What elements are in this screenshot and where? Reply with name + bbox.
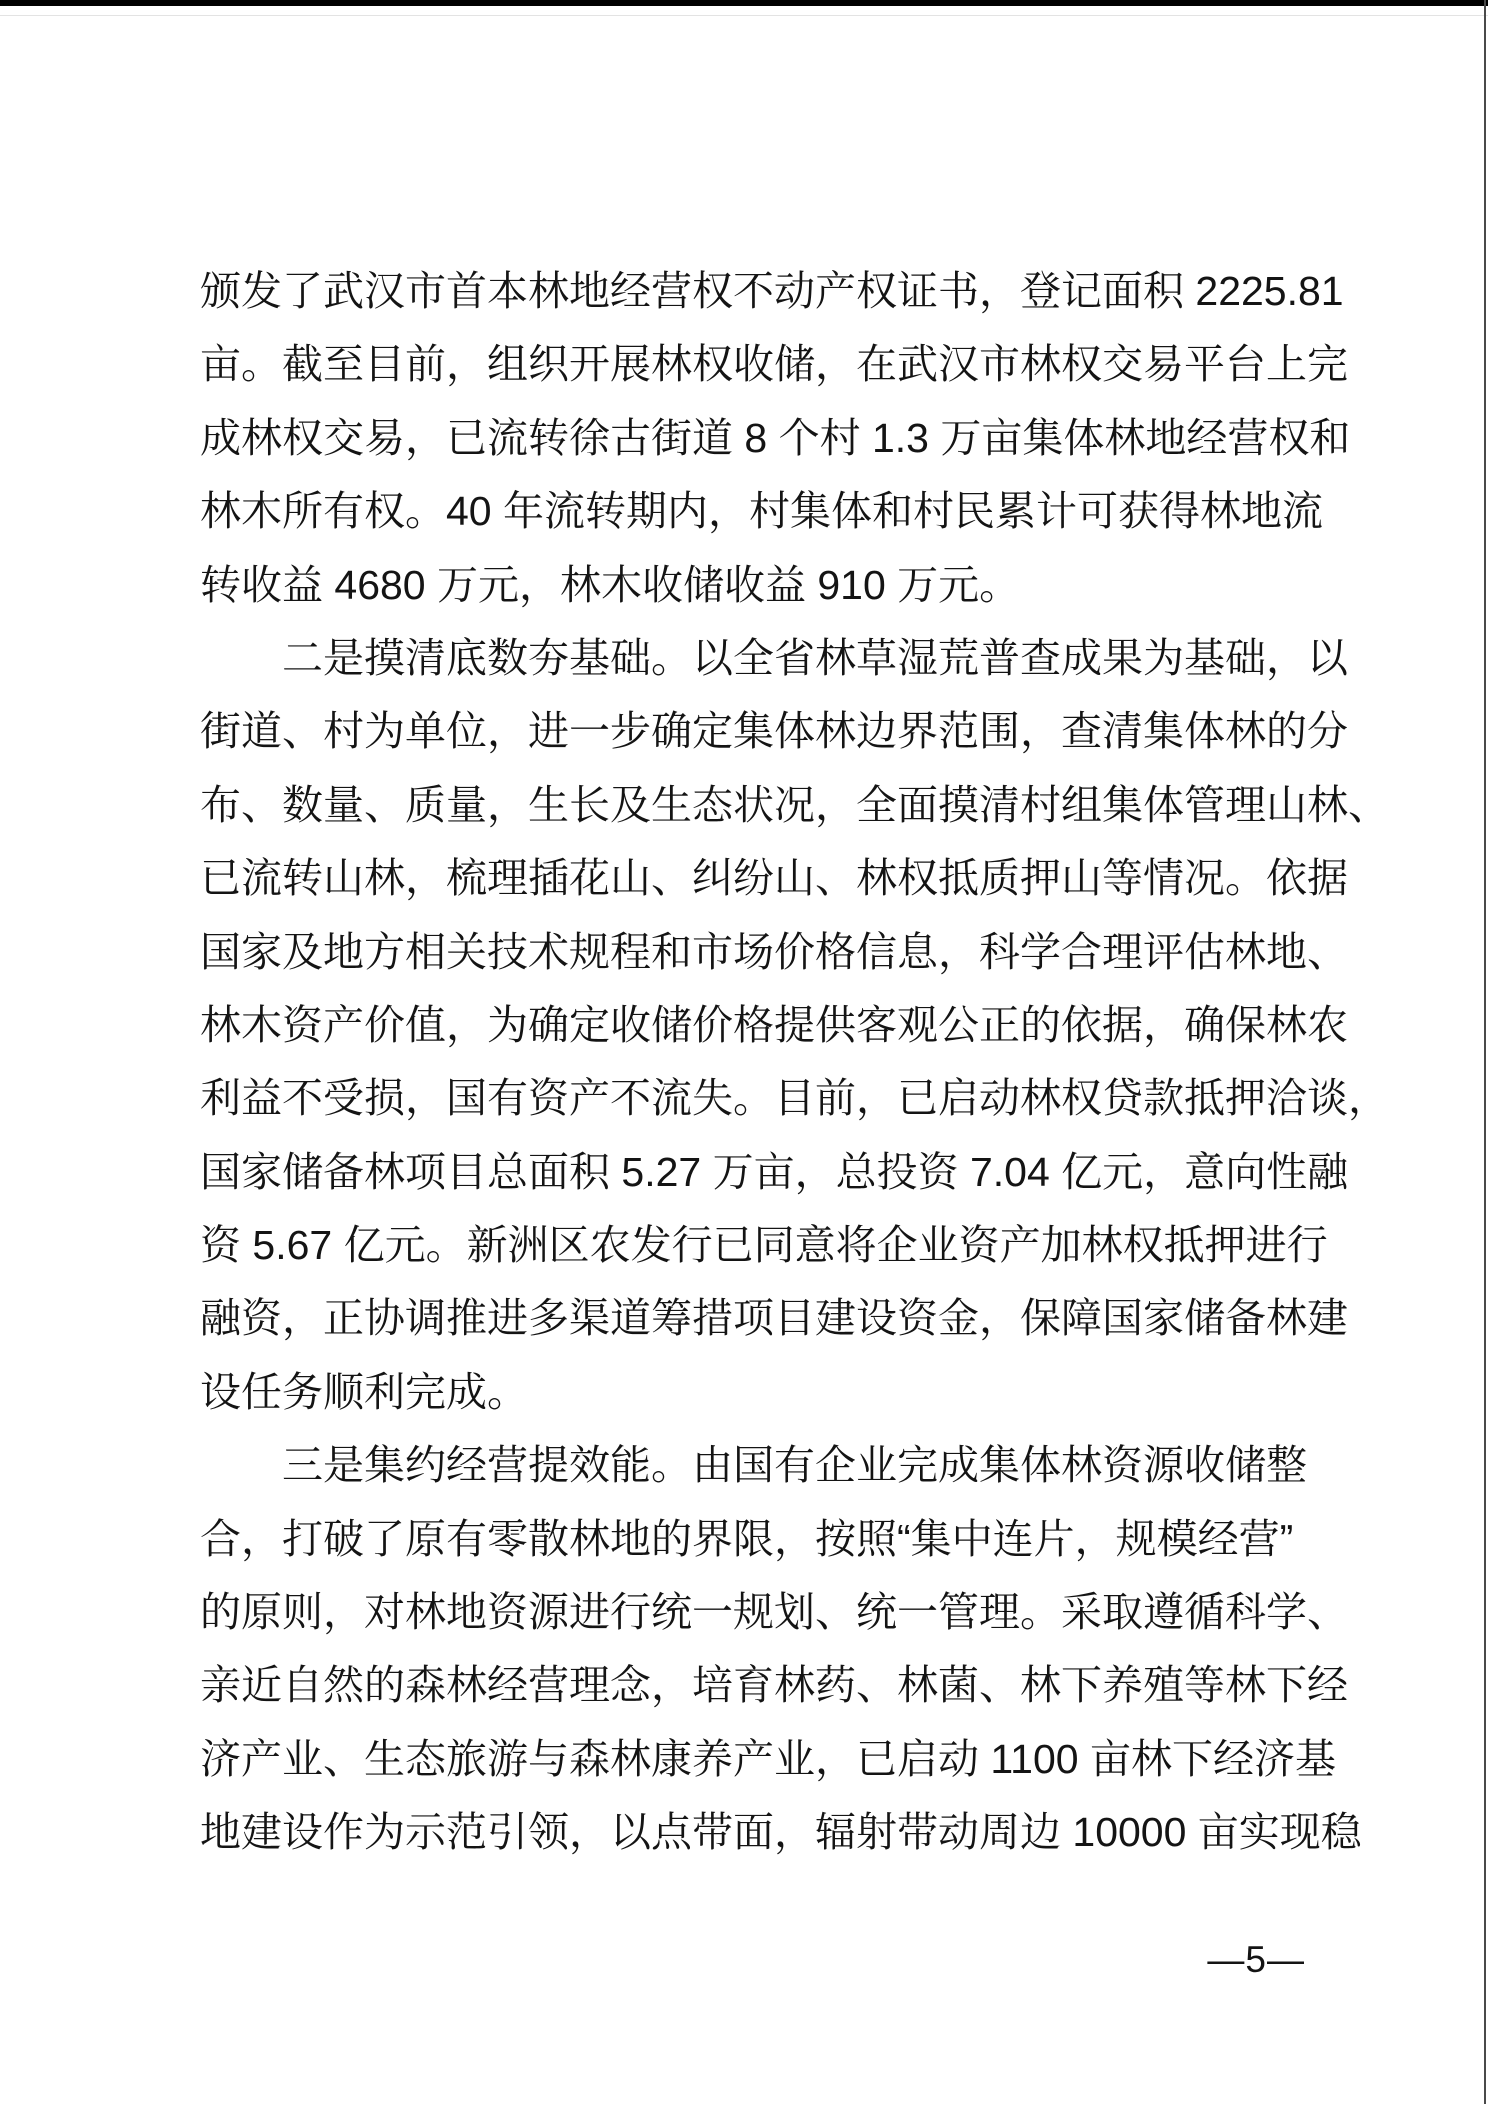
paragraph-second-point: 二是摸清底数夯基础。以全省林草湿荒普查成果为基础，以 街道、村为单位，进一步确定… (200, 622, 1360, 1429)
text-line: 亩。截至目前，组织开展林权收储，在武汉市林权交易平台上完 (200, 328, 1360, 401)
text-line: 国家储备林项目总面积 5.27 万亩，总投资 7.04 亿元，意向性融 (200, 1136, 1360, 1209)
text-line: 融资，正协调推进多渠道筹措项目建设资金，保障国家储备林建 (200, 1282, 1360, 1355)
text-line: 成林权交易，已流转徐古街道 8 个村 1.3 万亩集体林地经营权和 (200, 402, 1360, 475)
text-line: 地建设作为示范引领，以点带面，辐射带动周边 10000 亩实现稳 (200, 1796, 1360, 1869)
text-line: 合，打破了原有零散林地的界限，按照“集中连片，规模经营” (200, 1503, 1360, 1576)
paragraph-third-point: 三是集约经营提效能。由国有企业完成集体林资源收储整 合，打破了原有零散林地的界限… (200, 1429, 1360, 1869)
text-line: 林木所有权。40 年流转期内，村集体和村民累计可获得林地流 (200, 475, 1360, 548)
document-page: 颁发了武汉市首本林地经营权不动产权证书，登记面积 2225.81 亩。截至目前，… (0, 0, 1488, 2104)
text-line: 颁发了武汉市首本林地经营权不动产权证书，登记面积 2225.81 (200, 255, 1360, 328)
scan-top-edge-bar (0, 0, 1488, 6)
scan-right-edge-line (1484, 0, 1486, 2104)
text-line: 布、数量、质量，生长及生态状况，全面摸清村组集体管理山林、 (200, 769, 1360, 842)
text-line: 国家及地方相关技术规程和市场价格信息，科学合理评估林地、 (200, 916, 1360, 989)
text-line: 利益不受损，国有资产不流失。目前，已启动林权贷款抵押洽谈， (200, 1062, 1360, 1135)
text-line: 转收益 4680 万元，林木收储收益 910 万元。 (200, 549, 1360, 622)
scan-top-hairline (0, 15, 1488, 16)
text-line: 济产业、生态旅游与森林康养产业，已启动 1100 亩林下经济基 (200, 1723, 1360, 1796)
text-line: 三是集约经营提效能。由国有企业完成集体林资源收储整 (200, 1429, 1360, 1502)
text-line: 的原则，对林地资源进行统一规划、统一管理。采取遵循科学、 (200, 1576, 1360, 1649)
text-line: 设任务顺利完成。 (200, 1356, 1360, 1429)
page-number: —5— (1207, 1938, 1305, 1982)
text-line: 二是摸清底数夯基础。以全省林草湿荒普查成果为基础，以 (200, 622, 1360, 695)
text-line: 亲近自然的森林经营理念，培育林药、林菌、林下养殖等林下经 (200, 1649, 1360, 1722)
paragraph-continuation: 颁发了武汉市首本林地经营权不动产权证书，登记面积 2225.81 亩。截至目前，… (200, 255, 1360, 622)
text-line: 资 5.67 亿元。新洲区农发行已同意将企业资产加林权抵押进行 (200, 1209, 1360, 1282)
document-body: 颁发了武汉市首本林地经营权不动产权证书，登记面积 2225.81 亩。截至目前，… (200, 255, 1360, 1870)
text-line: 林木资产价值，为确定收储价格提供客观公正的依据，确保林农 (200, 989, 1360, 1062)
text-line: 街道、村为单位，进一步确定集体林边界范围，查清集体林的分 (200, 695, 1360, 768)
text-line: 已流转山林，梳理插花山、纠纷山、林权抵质押山等情况。依据 (200, 842, 1360, 915)
